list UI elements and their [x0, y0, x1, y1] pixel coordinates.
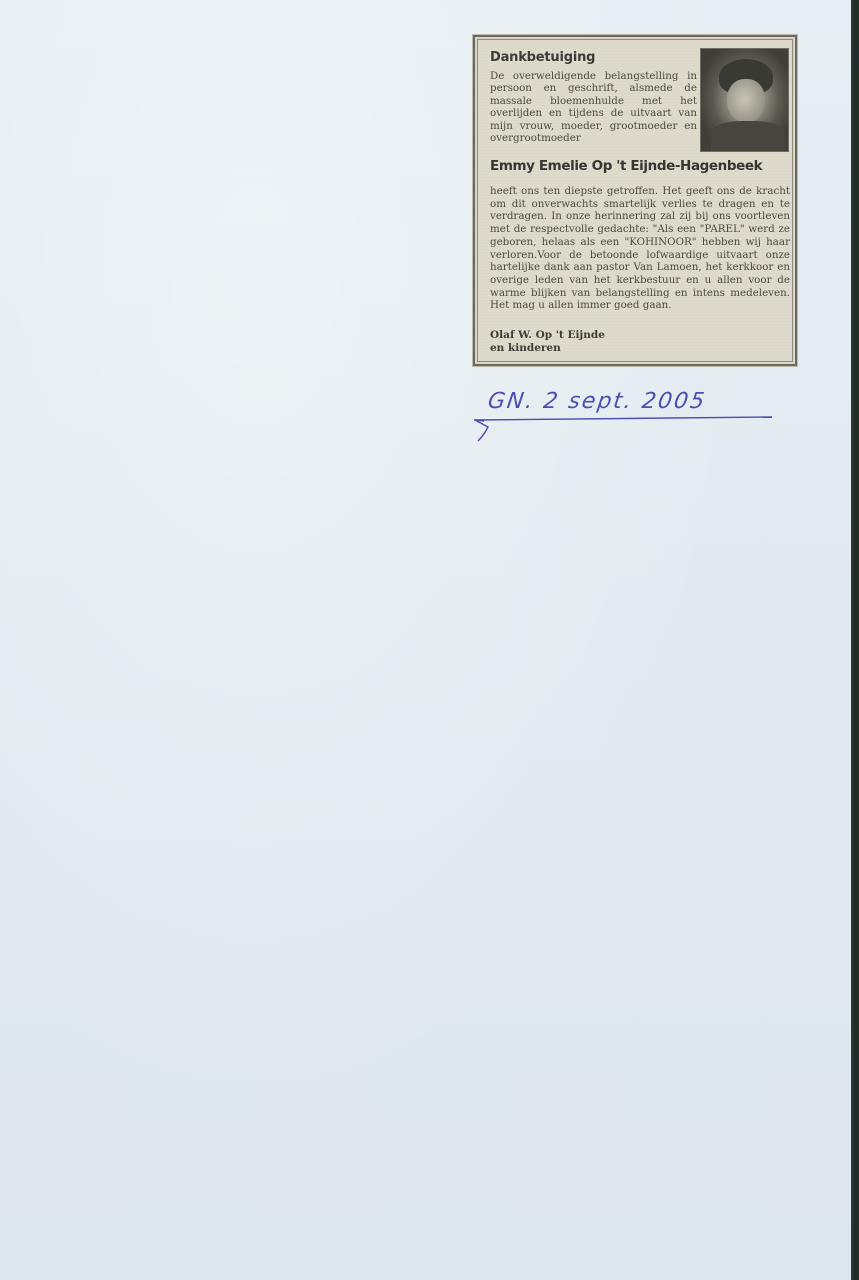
clipping-body: heeft ons ten diepste getroffen. Het gee… — [490, 185, 790, 312]
photo-shoulders — [711, 121, 785, 151]
clipping-intro: De overweldigende belangstelling in pers… — [490, 70, 697, 144]
signature-line-2: en kinderen — [490, 342, 605, 355]
clipping-heading: Dankbetuiging — [490, 50, 595, 65]
signature-line-1: Olaf W. Op 't Eijnde — [490, 329, 605, 342]
handwritten-annotation: GN. 2 sept. 2005 — [470, 387, 780, 452]
scanned-page: Dankbetuiging De overweldigende belangst… — [0, 0, 851, 1280]
newspaper-clipping: Dankbetuiging De overweldigende belangst… — [473, 35, 797, 366]
scanner-edge — [851, 0, 859, 1280]
clipping-frame: Dankbetuiging De overweldigende belangst… — [477, 39, 793, 362]
handwritten-date: GN. 2 sept. 2005 — [486, 389, 708, 414]
photo-face — [727, 79, 765, 123]
clipping-signature: Olaf W. Op 't Eijnde en kinderen — [490, 329, 605, 354]
deceased-name: Emmy Emelie Op 't Eijnde-Hagenbeek — [490, 158, 790, 174]
portrait-photo — [700, 48, 789, 152]
